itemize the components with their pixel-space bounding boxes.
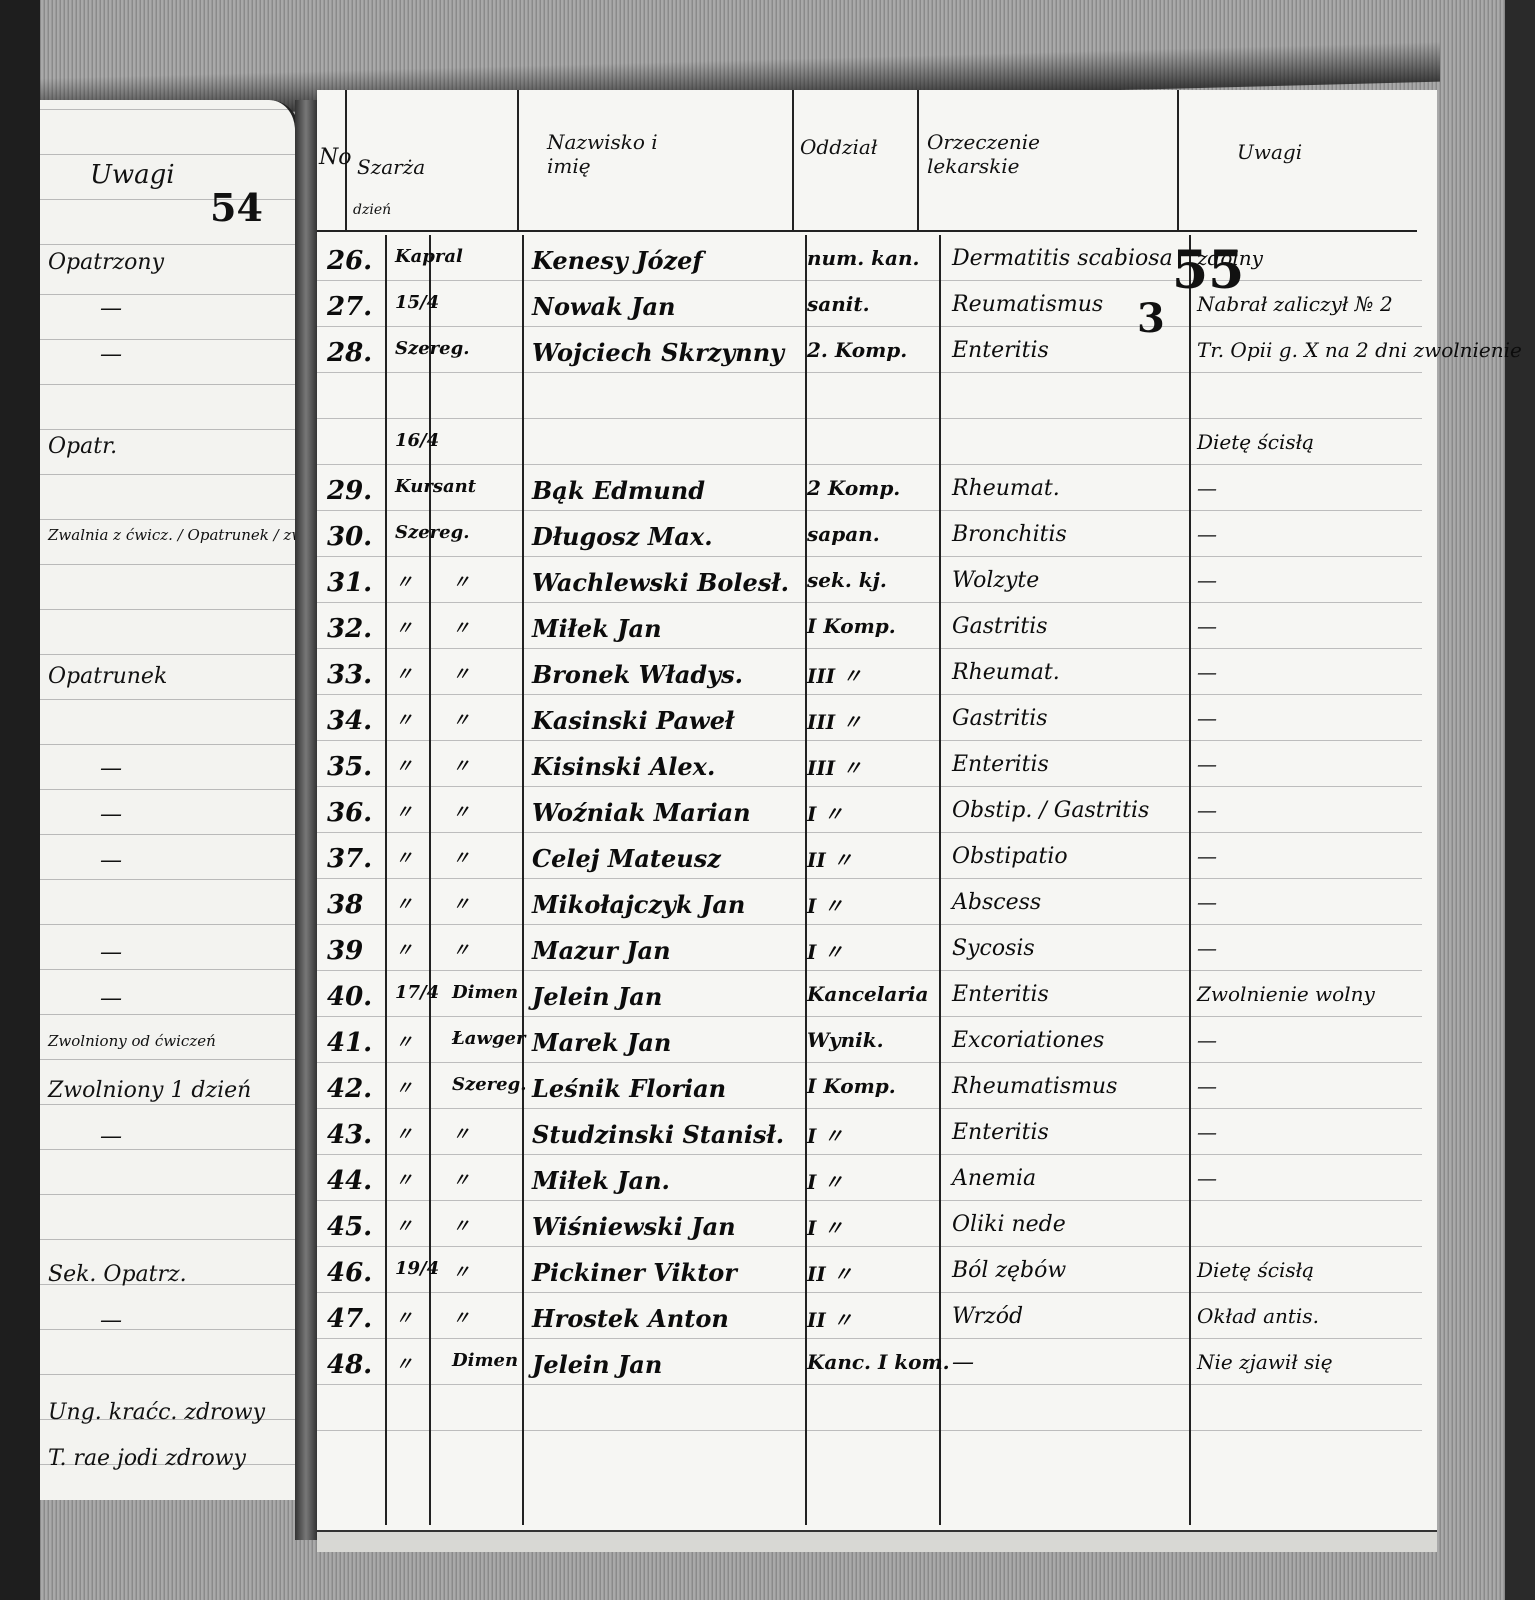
- left-note: T. rae jodi zdrowy: [48, 1446, 246, 1471]
- table-row: 42.〃Szereg.Leśnik FlorianI Komp.Rheumati…: [317, 1068, 1422, 1114]
- cell-no: 29.: [327, 476, 372, 506]
- cell-unit: I 〃: [807, 798, 843, 827]
- cell-rank: 〃: [395, 1074, 413, 1100]
- cell-day: 〃: [452, 752, 470, 778]
- cell-day: 〃: [452, 936, 470, 962]
- cell-name: Studzinski Stanisł.: [532, 1120, 784, 1149]
- cell-rank: 〃: [395, 1166, 413, 1192]
- cell-diagnosis: Abscess: [952, 890, 1041, 915]
- cell-rank: Szereg.: [395, 522, 469, 543]
- cell-name: Bronek Władys.: [532, 660, 743, 689]
- table-row: 30.Szereg.Długosz Max.sapan.Bronchitis—: [317, 516, 1422, 562]
- cell-day: Dimen: [452, 1350, 518, 1371]
- scan-border-right: [1505, 0, 1535, 1600]
- cell-diagnosis: Obstipatio: [952, 844, 1068, 869]
- cell-rank: 17/4: [395, 982, 439, 1003]
- cell-name: Jelein Jan: [532, 1350, 662, 1379]
- table-row: 39〃〃Mazur JanI 〃Sycosis—: [317, 930, 1422, 976]
- cell-no: 35.: [327, 752, 372, 782]
- cell-diagnosis: Enteritis: [952, 338, 1049, 363]
- table-row: 29.KursantBąk Edmund2 Komp.Rheumat.—: [317, 470, 1422, 516]
- cell-rank: 〃: [395, 1350, 413, 1376]
- cell-day: 〃: [452, 1166, 470, 1192]
- cell-diagnosis: Excoriationes: [952, 1028, 1104, 1053]
- cell-no: 33.: [327, 660, 372, 690]
- cell-day: 〃: [452, 844, 470, 870]
- cell-day: Szereg.: [452, 1074, 526, 1095]
- cell-diagnosis: Rheumat.: [952, 660, 1060, 685]
- table-row: 32.〃〃Miłek JanI Komp.Gastritis—: [317, 608, 1422, 654]
- cell-diagnosis: Enteritis: [952, 982, 1049, 1007]
- table-row: 26.KapralKenesy Józefnum. kan.Dermatitis…: [317, 240, 1422, 286]
- left-note: —: [100, 848, 122, 873]
- cell-remarks: —: [1197, 614, 1217, 638]
- cell-remarks: Dietę ścisłą: [1197, 430, 1314, 454]
- cell-rank: 〃: [395, 1120, 413, 1146]
- cell-name: Miłek Jan: [532, 614, 662, 643]
- table-row: 43.〃〃Studzinski Stanisł.I 〃Enteritis—: [317, 1114, 1422, 1160]
- cell-remarks: —: [1197, 522, 1217, 546]
- cell-day: 〃: [452, 798, 470, 824]
- header-remarks: Uwagi: [1177, 90, 1417, 230]
- cell-name: Mikołajczyk Jan: [532, 890, 745, 919]
- cell-rank: 〃: [395, 798, 413, 824]
- cell-no: 31.: [327, 568, 372, 598]
- cell-no: 42.: [327, 1074, 372, 1104]
- table-row: 33.〃〃Bronek Władys.III 〃Rheumat.—: [317, 654, 1422, 700]
- cell-unit: I 〃: [807, 1166, 843, 1195]
- cell-diagnosis: Wrzód: [952, 1304, 1023, 1329]
- cell-day: 〃: [452, 614, 470, 640]
- cell-no: 39: [327, 936, 363, 966]
- cell-name: Bąk Edmund: [532, 476, 705, 505]
- cell-diagnosis: Ból zębów: [952, 1258, 1066, 1283]
- cell-no: 43.: [327, 1120, 372, 1150]
- cell-unit: Kanc. I kom.: [807, 1350, 950, 1374]
- cell-no: 30.: [327, 522, 372, 552]
- cell-unit: II 〃: [807, 1304, 853, 1333]
- cell-unit: I 〃: [807, 1120, 843, 1149]
- cell-no: 27.: [327, 292, 372, 322]
- cell-no: 38: [327, 890, 363, 920]
- left-note: —: [100, 296, 122, 321]
- cell-diagnosis: Gastritis: [952, 614, 1048, 639]
- left-note: Zwolniony od ćwiczeń: [48, 1032, 216, 1050]
- cell-diagnosis: Wolzyte: [952, 568, 1039, 593]
- cell-remarks: —: [1197, 660, 1217, 684]
- cell-name: Kenesy Józef: [532, 246, 703, 275]
- cell-name: Jelein Jan: [532, 982, 662, 1011]
- cell-unit: Wynik.: [807, 1028, 884, 1052]
- table-row: [317, 378, 1422, 424]
- cell-rank: 19/4: [395, 1258, 439, 1279]
- left-note: —: [100, 802, 122, 827]
- cell-diagnosis: Reumatismus: [952, 292, 1103, 317]
- cell-remarks: —: [1197, 1120, 1217, 1144]
- cell-unit: III 〃: [807, 752, 862, 781]
- cell-day: 〃: [452, 1304, 470, 1330]
- cell-diagnosis: Sycosis: [952, 936, 1035, 961]
- cell-remarks: —: [1197, 1074, 1217, 1098]
- cell-unit: 2 Komp.: [807, 476, 900, 500]
- cell-rank: 15/4: [395, 292, 439, 313]
- table-row: 36.〃〃Woźniak MarianI 〃Obstip. / Gastriti…: [317, 792, 1422, 838]
- cell-rank: 〃: [395, 660, 413, 686]
- cell-diagnosis: Enteritis: [952, 752, 1049, 777]
- table-row: 38〃〃Mikołajczyk JanI 〃Abscess—: [317, 884, 1422, 930]
- cell-rank: 〃: [395, 568, 413, 594]
- cell-day: 〃: [452, 660, 470, 686]
- cell-rank: 〃: [395, 614, 413, 640]
- cell-remarks: —: [1197, 844, 1217, 868]
- cell-no: 44.: [327, 1166, 372, 1196]
- cell-diagnosis: —: [952, 1350, 974, 1375]
- cell-rank: 〃: [395, 1304, 413, 1330]
- cell-remarks: —: [1197, 476, 1217, 500]
- cell-unit: III 〃: [807, 660, 862, 689]
- table-row: 46.19/4〃Pickiner ViktorII 〃Ból zębówDiet…: [317, 1252, 1422, 1298]
- cell-remarks: Okład antis.: [1197, 1304, 1319, 1328]
- cell-remarks: —: [1197, 1166, 1217, 1190]
- cell-no: 28.: [327, 338, 372, 368]
- table-row: 41.〃ŁawgerMarek JanWynik.Excoriationes—: [317, 1022, 1422, 1068]
- cell-unit: sapan.: [807, 522, 880, 546]
- table-row: 28.Szereg.Wojciech Skrzynny2. Komp.Enter…: [317, 332, 1422, 378]
- left-page: Uwagi 54 Opatrzony——Opatr.Zwalnia z ćwic…: [40, 100, 299, 1500]
- header-unit: Oddział: [792, 90, 919, 230]
- cell-name: Leśnik Florian: [532, 1074, 726, 1103]
- cell-unit: I Komp.: [807, 1074, 896, 1098]
- header-name: Nazwisko i imię: [517, 90, 794, 230]
- cell-remarks: Tr. Opii g. X na 2 dni zwolnienie: [1197, 338, 1522, 362]
- table-row: 37.〃〃Celej MateuszII 〃Obstipatio—: [317, 838, 1422, 884]
- right-page: No Szarża dzień Nazwisko i imię Oddział …: [317, 90, 1437, 1535]
- cell-unit: num. kan.: [807, 246, 920, 270]
- table-row: 45.〃〃Wiśniewski JanI 〃Oliki nede: [317, 1206, 1422, 1252]
- left-note: Opatrzony: [48, 250, 164, 275]
- cell-remarks: —: [1197, 798, 1217, 822]
- cell-no: 26.: [327, 246, 372, 276]
- cell-unit: sanit.: [807, 292, 870, 316]
- cell-remarks: Zwolnienie wolny: [1197, 982, 1375, 1006]
- cell-diagnosis: Bronchitis: [952, 522, 1067, 547]
- cell-name: Kasinski Paweł: [532, 706, 734, 735]
- cell-name: Długosz Max.: [532, 522, 713, 551]
- cell-unit: II 〃: [807, 844, 853, 873]
- cell-remarks: —: [1197, 752, 1217, 776]
- table-row: 16/4Dietę ścisłą: [317, 424, 1422, 470]
- cell-unit: I Komp.: [807, 614, 896, 638]
- page-bottom-edge: [317, 1530, 1437, 1552]
- cell-unit: sek. kj.: [807, 568, 887, 592]
- table-row: 47.〃〃Hrostek AntonII 〃WrzódOkład antis.: [317, 1298, 1422, 1344]
- cell-no: 40.: [327, 982, 372, 1012]
- cell-rank: 〃: [395, 706, 413, 732]
- cell-remarks: —: [1197, 568, 1217, 592]
- cell-no: 41.: [327, 1028, 372, 1058]
- cell-diagnosis: Obstip. / Gastritis: [952, 798, 1149, 823]
- table-row: 27.15/4Nowak Jansanit.ReumatismusNabrał …: [317, 286, 1422, 332]
- cell-diagnosis: Rheumatismus: [952, 1074, 1117, 1099]
- cell-remarks: —: [1197, 936, 1217, 960]
- ledger-header: No Szarża dzień Nazwisko i imię Oddział …: [317, 90, 1417, 232]
- cell-rank: 〃: [395, 752, 413, 778]
- cell-rank: Kapral: [395, 246, 463, 267]
- cell-diagnosis: Anemia: [952, 1166, 1036, 1191]
- cell-remarks: —: [1197, 706, 1217, 730]
- cell-diagnosis: Rheumat.: [952, 476, 1060, 501]
- header-rank: Szarża dzień: [347, 90, 519, 230]
- cell-name: Nowak Jan: [532, 292, 676, 321]
- cell-unit: I 〃: [807, 890, 843, 919]
- cell-no: 48.: [327, 1350, 372, 1380]
- left-note: Opatr.: [48, 434, 117, 459]
- cell-name: Wachlewski Bolesł.: [532, 568, 789, 597]
- cell-rank: 〃: [395, 936, 413, 962]
- table-row: 34.〃〃Kasinski PawełIII 〃Gastritis—: [317, 700, 1422, 746]
- left-note: Opatrunek: [48, 664, 167, 689]
- cell-unit: I 〃: [807, 1212, 843, 1241]
- cell-name: Pickiner Viktor: [532, 1258, 737, 1287]
- left-note: —: [100, 1308, 122, 1333]
- left-note: —: [100, 342, 122, 367]
- header-no: No: [317, 90, 347, 230]
- cell-rank: 16/4: [395, 430, 439, 451]
- page-number-stamp: 55: [1172, 240, 1244, 301]
- cell-remarks: —: [1197, 1028, 1217, 1052]
- cell-name: Miłek Jan.: [532, 1166, 670, 1195]
- cell-name: Kisinski Alex.: [532, 752, 715, 781]
- cell-no: 36.: [327, 798, 372, 828]
- cell-unit: III 〃: [807, 706, 862, 735]
- cell-no: 34.: [327, 706, 372, 736]
- cell-diagnosis: Dermatitis scabiosa: [952, 246, 1173, 271]
- left-page-header: Uwagi: [90, 160, 175, 190]
- table-row: 35.〃〃Kisinski Alex.III 〃Enteritis—: [317, 746, 1422, 792]
- left-note: —: [100, 756, 122, 781]
- cell-no: 46.: [327, 1258, 372, 1288]
- cell-no: 37.: [327, 844, 372, 874]
- cell-rank: Kursant: [395, 476, 476, 497]
- stamp-digit: 3: [1137, 295, 1165, 342]
- table-row: 40.17/4DimenJelein JanKancelariaEnteriti…: [317, 976, 1422, 1022]
- cell-day: 〃: [452, 890, 470, 916]
- left-page-number: 54: [210, 185, 263, 230]
- left-note: Sek. Opatrz.: [48, 1262, 187, 1287]
- cell-unit: I 〃: [807, 936, 843, 965]
- cell-name: Celej Mateusz: [532, 844, 721, 873]
- left-note: Zwolniony 1 dzień: [48, 1078, 251, 1103]
- cell-name: Marek Jan: [532, 1028, 671, 1057]
- cell-day: 〃: [452, 1212, 470, 1238]
- cell-diagnosis: Enteritis: [952, 1120, 1049, 1145]
- cell-name: Wiśniewski Jan: [532, 1212, 736, 1241]
- cell-unit: II 〃: [807, 1258, 853, 1287]
- cell-day: 〃: [452, 1120, 470, 1146]
- cell-rank: 〃: [395, 1212, 413, 1238]
- left-note: —: [100, 986, 122, 1011]
- cell-name: Mazur Jan: [532, 936, 671, 965]
- cell-unit: Kancelaria: [807, 982, 928, 1006]
- cell-remarks: Dietę ścisłą: [1197, 1258, 1314, 1282]
- cell-diagnosis: Oliki nede: [952, 1212, 1066, 1237]
- table-row: 44.〃〃Miłek Jan.I 〃Anemia—: [317, 1160, 1422, 1206]
- scan-border-left: [0, 0, 40, 1600]
- cell-rank: Szereg.: [395, 338, 469, 359]
- cell-unit: 2. Komp.: [807, 338, 907, 362]
- cell-day: Dimen: [452, 982, 518, 1003]
- cell-name: Hrostek Anton: [532, 1304, 729, 1333]
- cell-diagnosis: Gastritis: [952, 706, 1048, 731]
- left-note: —: [100, 940, 122, 965]
- cell-day: 〃: [452, 1258, 470, 1284]
- cell-day: 〃: [452, 568, 470, 594]
- cell-no: 45.: [327, 1212, 372, 1242]
- cell-no: 47.: [327, 1304, 372, 1334]
- cell-remarks: Nie zjawił się: [1197, 1350, 1333, 1374]
- cell-no: 32.: [327, 614, 372, 644]
- cell-day: Ławger: [452, 1028, 525, 1049]
- cell-name: Woźniak Marian: [532, 798, 751, 827]
- left-note: Ung. kraćc. zdrowy: [48, 1400, 265, 1425]
- book-spine: [295, 100, 317, 1540]
- cell-remarks: —: [1197, 890, 1217, 914]
- table-row: 48.〃DimenJelein JanKanc. I kom.—Nie zjaw…: [317, 1344, 1422, 1390]
- left-note: —: [100, 1124, 122, 1149]
- table-row: 31.〃〃Wachlewski Bolesł.sek. kj.Wolzyte—: [317, 562, 1422, 608]
- header-diagnosis: Orzeczenie lekarskie: [917, 90, 1179, 230]
- cell-name: Wojciech Skrzynny: [532, 338, 784, 367]
- cell-rank: 〃: [395, 890, 413, 916]
- cell-day: 〃: [452, 706, 470, 732]
- cell-rank: 〃: [395, 844, 413, 870]
- cell-rank: 〃: [395, 1028, 413, 1054]
